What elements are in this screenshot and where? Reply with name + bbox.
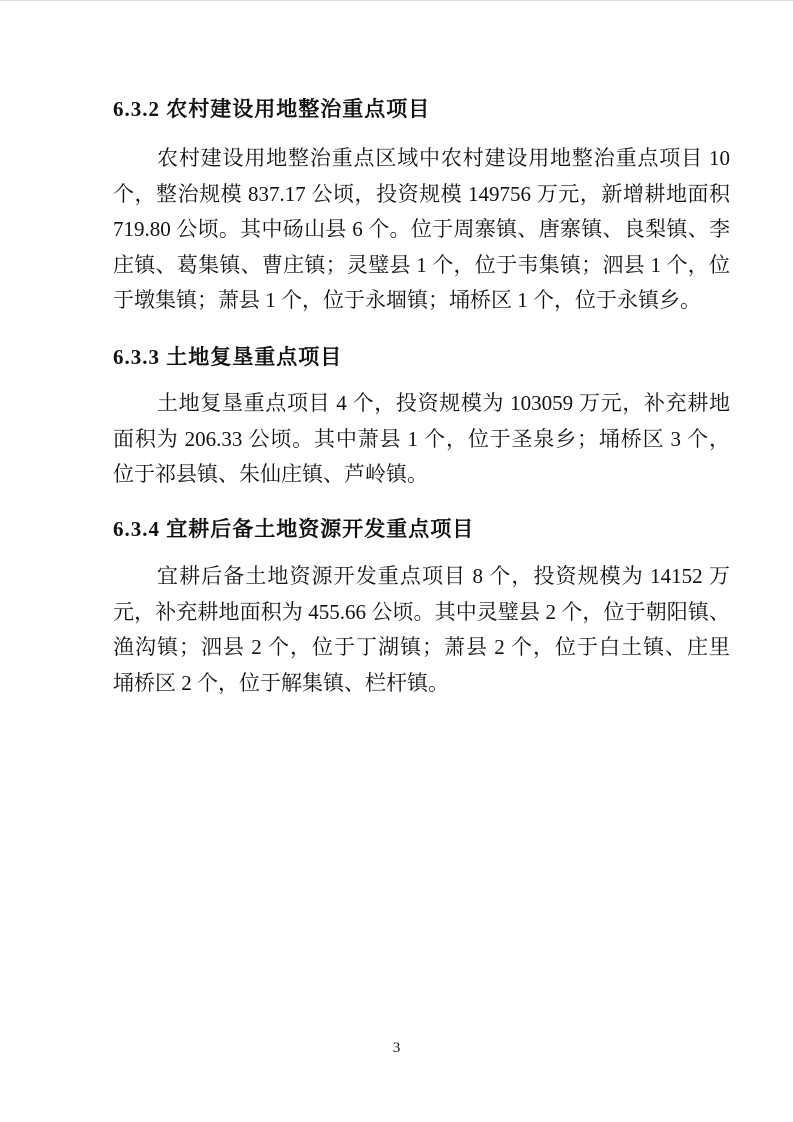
text-line: 渔沟镇；泗县 2 个，位于丁湖镇；萧县 2 个，位于白土镇、庄里乡； [113,630,730,666]
text-line: 土地复垦重点项目 4 个，投资规模为 103059 万元，补充耕地 [113,386,730,422]
text-line: 农村建设用地整治重点区域中农村建设用地整治重点项目 10 [113,141,730,177]
section-paragraph: 宜耕后备土地资源开发重点项目 8 个，投资规模为 14152 万元，补充耕地面积… [113,559,730,701]
text-line: 元，补充耕地面积为 455.66 公顷。其中灵璧县 2 个，位于朝阳镇、 [113,595,730,631]
section-heading: 6.3.4 宜耕后备土地资源开发重点项目 [113,517,730,542]
text-line: 719.80 公顷。其中砀山县 6 个。位于周寨镇、唐寨镇、良梨镇、李 [113,212,730,248]
text-line: 位于祁县镇、朱仙庄镇、芦岭镇。 [113,457,730,493]
section-heading: 6.3.3 土地复垦重点项目 [113,345,730,370]
text-line: 庄镇、葛集镇、曹庄镇；灵璧县 1 个，位于韦集镇；泗县 1 个，位 [113,248,730,284]
section-heading: 6.3.2 农村建设用地整治重点项目 [113,97,730,122]
text-line: 个，整治规模 837.17 公顷，投资规模 149756 万元，新增耕地面积 [113,177,730,213]
document-section: 6.3.3 土地复垦重点项目 土地复垦重点项目 4 个，投资规模为 103059… [113,345,730,493]
text-line: 埇桥区 2 个，位于解集镇、栏杆镇。 [113,666,730,702]
text-line: 面积为 206.33 公顷。其中萧县 1 个，位于圣泉乡；埇桥区 3 个， [113,422,730,458]
document-page: 6.3.2 农村建设用地整治重点项目 农村建设用地整治重点区域中农村建设用地整治… [0,0,793,1122]
document-section: 6.3.4 宜耕后备土地资源开发重点项目 宜耕后备土地资源开发重点项目 8 个，… [113,517,730,701]
text-line: 于墩集镇；萧县 1 个，位于永堌镇；埇桥区 1 个，位于永镇乡。 [113,283,730,319]
section-paragraph: 农村建设用地整治重点区域中农村建设用地整治重点项目 10个，整治规模 837.1… [113,141,730,319]
page-number: 3 [0,1039,793,1057]
document-section: 6.3.2 农村建设用地整治重点项目 农村建设用地整治重点区域中农村建设用地整治… [113,97,730,319]
section-paragraph: 土地复垦重点项目 4 个，投资规模为 103059 万元，补充耕地面积为 206… [113,386,730,493]
text-line: 宜耕后备土地资源开发重点项目 8 个，投资规模为 14152 万 [113,559,730,595]
